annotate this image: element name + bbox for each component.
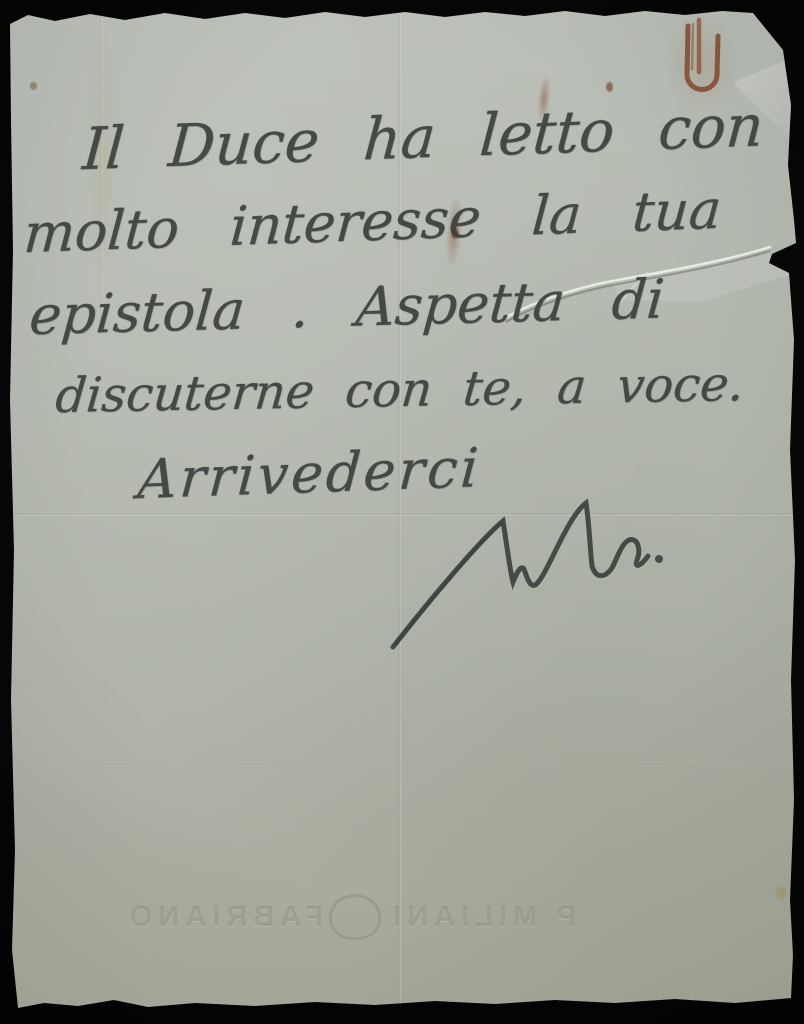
watermark-emblem-icon xyxy=(329,894,381,940)
watermark-place-text: FABRIANO xyxy=(124,901,323,934)
rust-speck xyxy=(606,82,613,92)
handwritten-line-1: Il Duce ha letto con xyxy=(81,94,766,182)
letter-paper: Il Duce ha letto con molto interesse la … xyxy=(0,0,804,1024)
rust-speck xyxy=(30,82,37,90)
photo-background: Il Duce ha letto con molto interesse la … xyxy=(0,0,804,1024)
stain-speck xyxy=(776,886,787,899)
signature-scribble xyxy=(380,488,680,663)
handwritten-line-4: discuterne con te, a voce. xyxy=(53,358,746,423)
horizontal-lower-fold-crease xyxy=(10,760,794,762)
watermark-maker-text: P MILIANI xyxy=(387,901,576,934)
papermaker-watermark: P MILIANI FABRIANO xyxy=(130,894,576,940)
